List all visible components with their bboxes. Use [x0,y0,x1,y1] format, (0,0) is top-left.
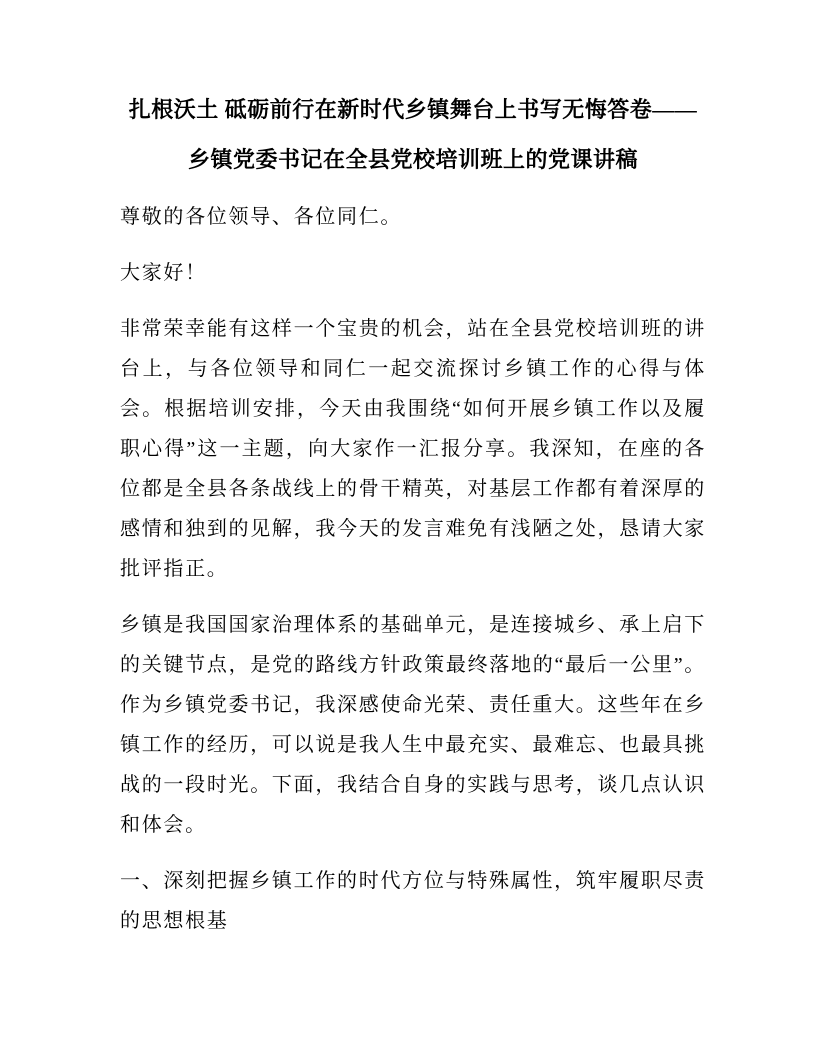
paragraph-greeting: 大家好！ [120,253,706,293]
section-heading-1: 一、深刻把握乡镇工作的时代方位与特殊属性，筑牢履职尽责的思想根基 [120,861,706,941]
document-page: 扎根沃土 砥砺前行在新时代乡镇舞台上书写无悔答卷——乡镇党委书记在全县党校培训班… [0,0,816,1056]
paragraph-overview: 乡镇是我国国家治理体系的基础单元，是连接城乡、承上启下的关键节点，是党的路线方针… [120,605,706,845]
paragraph-intro: 非常荣幸能有这样一个宝贵的机会，站在全县党校培训班的讲台上，与各位领导和同仁一起… [120,309,706,589]
document-title: 扎根沃土 砥砺前行在新时代乡镇舞台上书写无悔答卷——乡镇党委书记在全县党校培训班… [120,85,706,185]
document-body: 尊敬的各位领导、各位同仁。 大家好！ 非常荣幸能有这样一个宝贵的机会，站在全县党… [120,197,706,941]
paragraph-salutation: 尊敬的各位领导、各位同仁。 [120,197,706,237]
